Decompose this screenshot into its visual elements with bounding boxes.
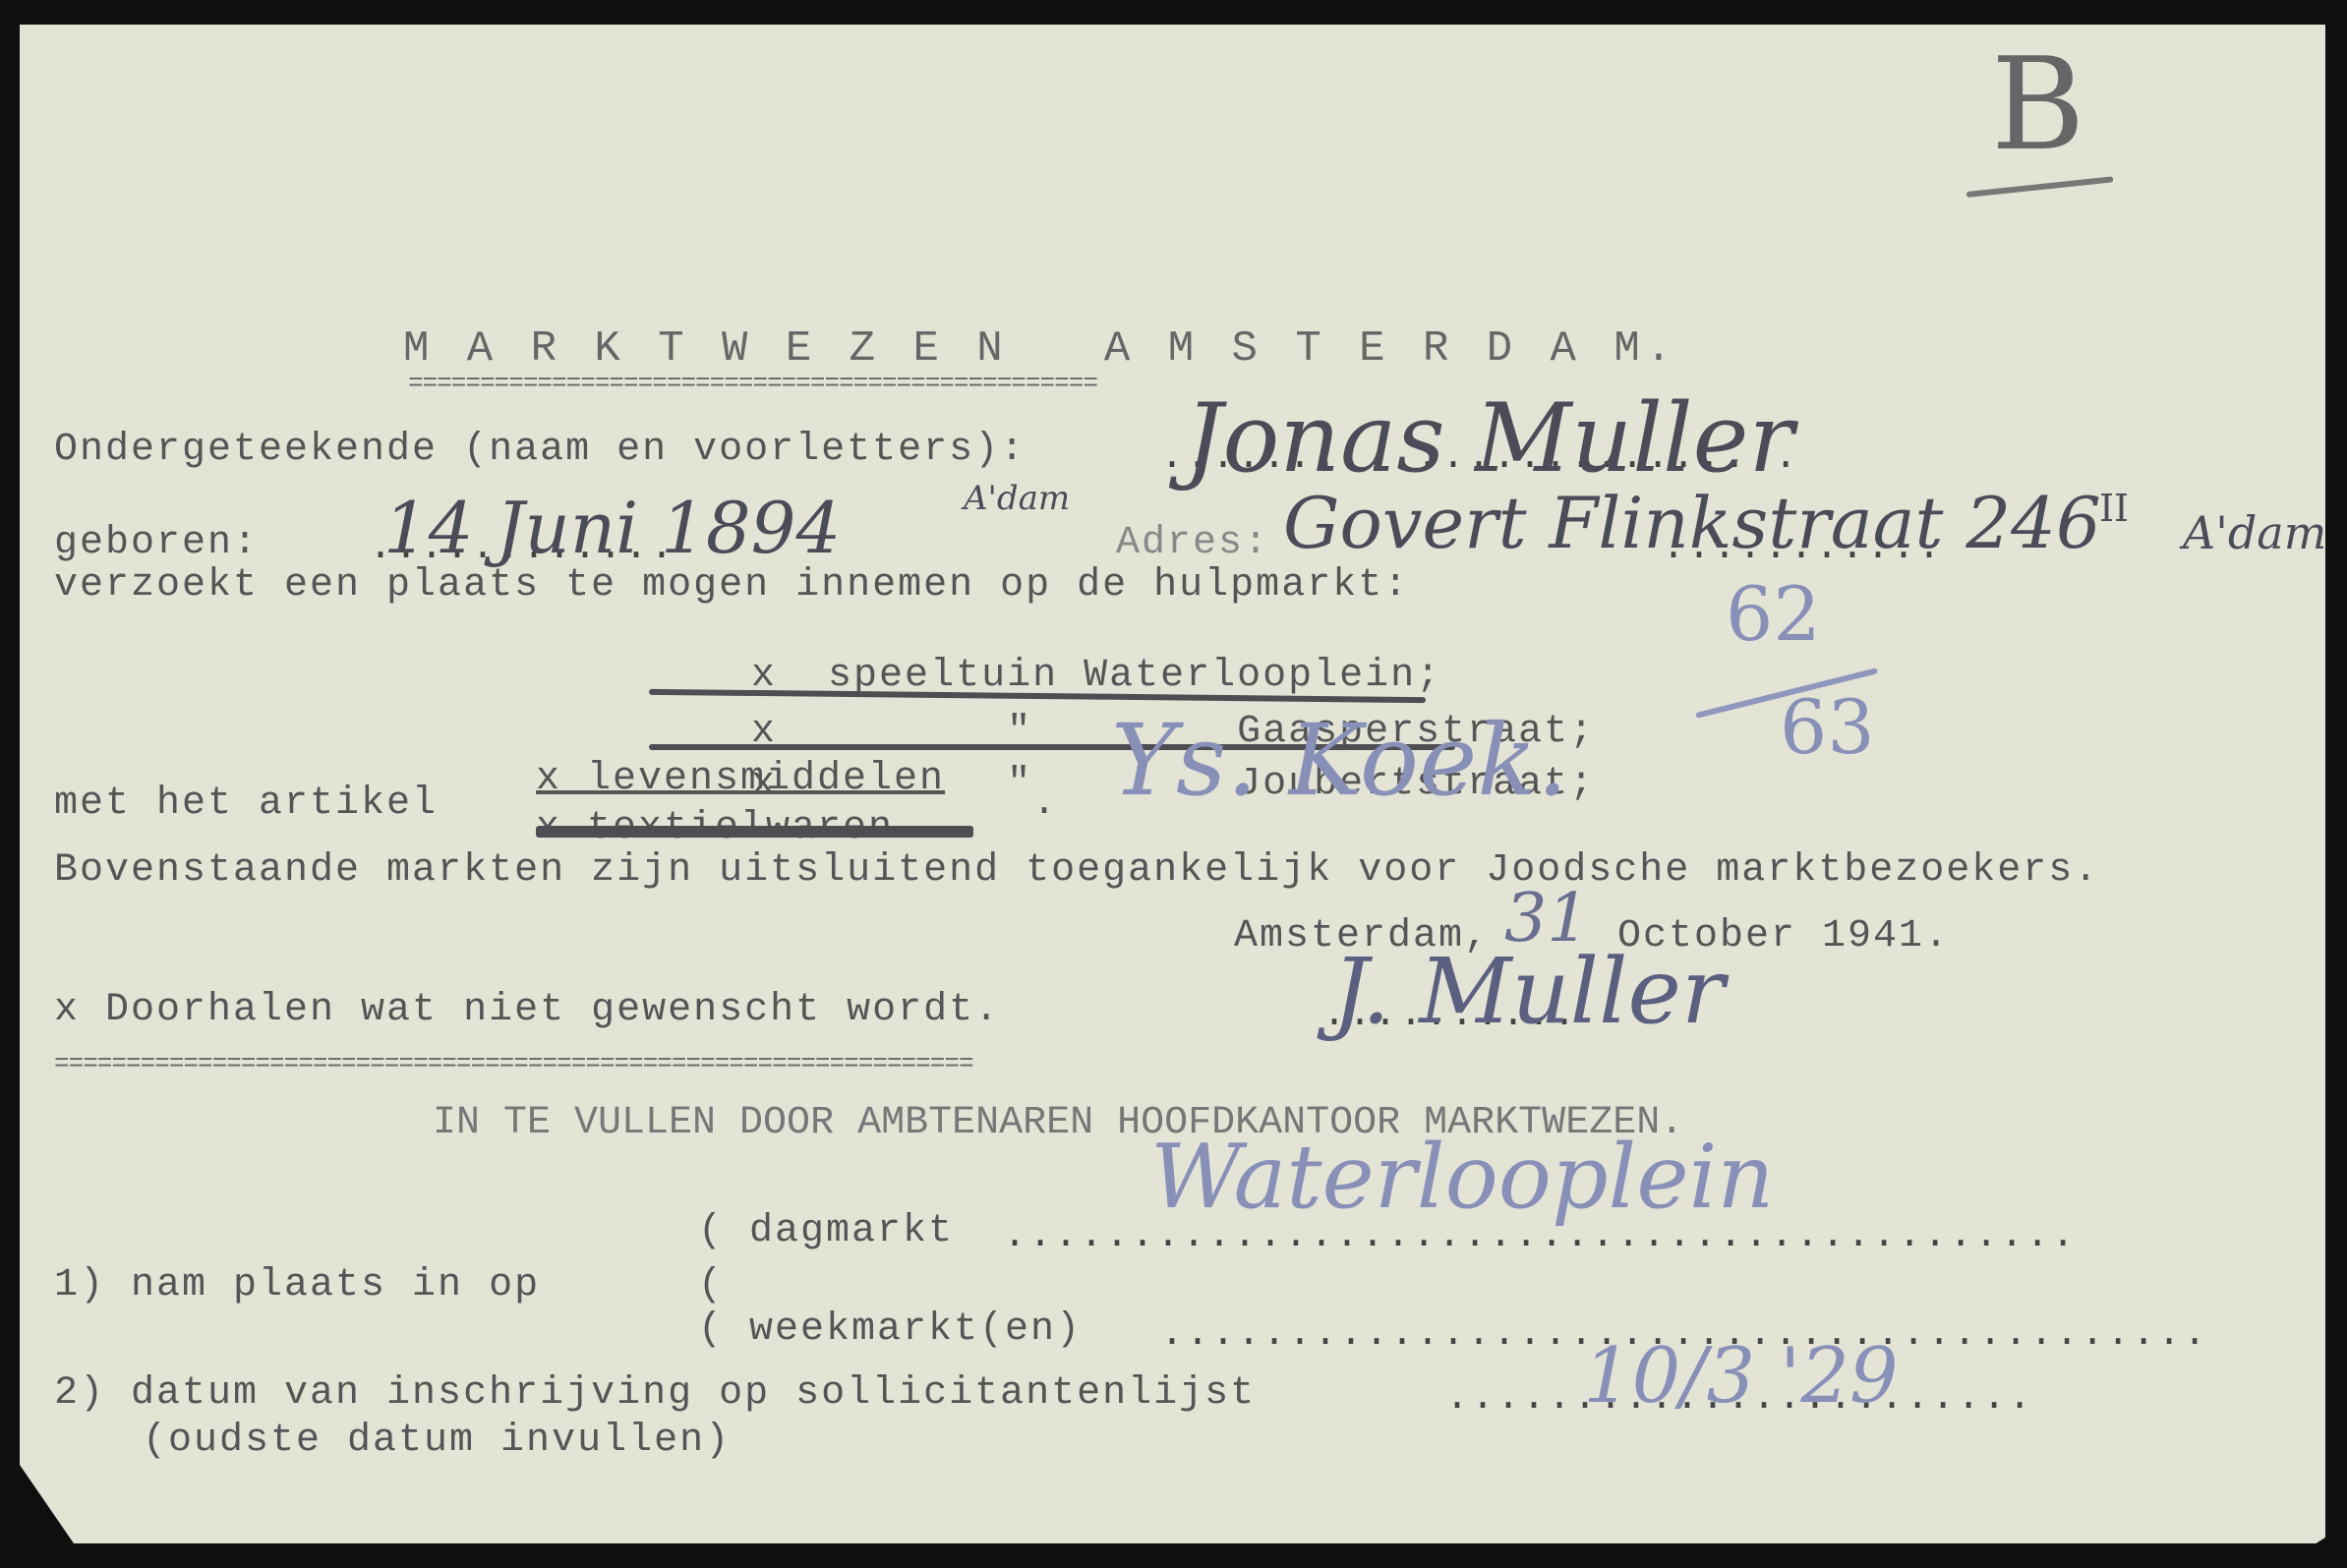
registration-date-value[interactable]: 10/3 '29 [1583, 1332, 1899, 1421]
born-label: geboren: [54, 521, 259, 565]
ditto-mark: " [1007, 762, 1032, 806]
born-value[interactable]: 14 Juni 1894 [383, 487, 841, 569]
address-city: A'dam [2183, 506, 2326, 559]
title-double-rule: ========================================… [408, 377, 1097, 390]
tally-denominator: 63 [1780, 683, 1875, 771]
address-floor: II [2099, 487, 2129, 530]
document-title: M A R K T W E Z E N A M S T E R D A M. [403, 324, 1677, 374]
tally-numerator: 62 [1726, 570, 1821, 658]
item1-label: 1) nam plaats in op [54, 1263, 540, 1307]
article-label: met het artikel [54, 782, 438, 826]
item2-label: 2) datum van inschrijving op sollicitant… [54, 1371, 1256, 1416]
strikethrough-textielwaren [536, 826, 973, 838]
article-period: . [1032, 782, 1058, 826]
footnote-text: x Doorhalen wat niet gewenscht wordt. [54, 988, 1000, 1032]
item1-dagmarkt-label: ( dagmarkt [698, 1209, 954, 1253]
item2-sublabel: (oudste datum invullen) [143, 1419, 731, 1463]
address-label: Adres: [1116, 521, 1269, 565]
corner-mark: B [1991, 29, 2085, 179]
office-section-double-rule: ========================================… [54, 1057, 973, 1071]
address-value[interactable]: Govert Flinkstraat 246 [1283, 482, 2101, 564]
document-sheet: B M A R K T W E Z E N A M S T E R D A M.… [20, 25, 2325, 1543]
dagmarkt-dot-leader: ........................................… [1003, 1214, 2077, 1258]
name-value[interactable]: Jonas Muller [1185, 383, 1793, 494]
applicant-signature[interactable]: J. Muller [1332, 939, 1725, 1044]
name-label: Ondergeteekende (naam en voorletters): [54, 428, 1026, 472]
corner-mark-underline [1966, 176, 2114, 198]
request-text: verzoekt een plaats te mogen innemen op … [54, 563, 1409, 608]
born-place: A'dam [964, 479, 1070, 518]
item1-weekmarkt-label: ( weekmarkt(en) [698, 1307, 1082, 1352]
item1-brace: ( [698, 1263, 724, 1307]
article-annotation: Ys. Koek. [1111, 703, 1568, 818]
notice-text: Bovenstaande markten zijn uitsluitend to… [54, 848, 2099, 893]
article-option-levensmiddelen: x levensmiddelen [536, 757, 945, 801]
